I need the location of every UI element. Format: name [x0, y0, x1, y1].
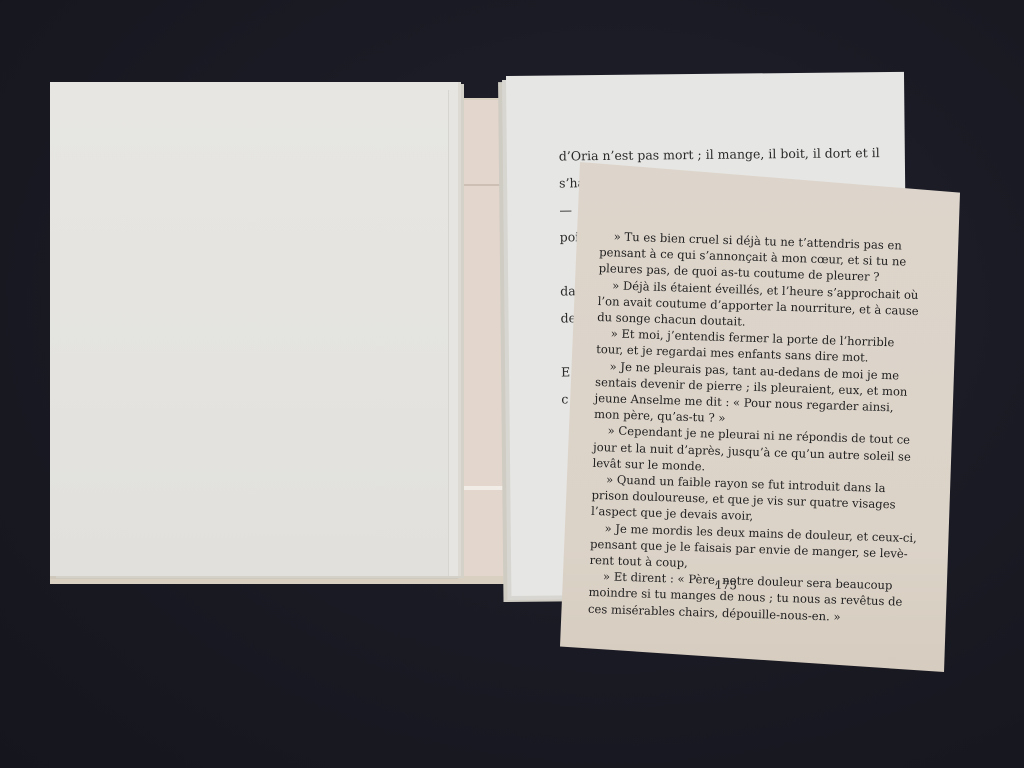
- paragraph: » Je me mordis les deux mains de douleur…: [589, 520, 865, 577]
- paragraph: » Je ne pleurais pas, tant au-dedans de …: [594, 358, 871, 431]
- paragraph: » Tu es bien cruel si déjà tu ne t’atten…: [598, 228, 874, 285]
- paragraph: » Quand un faible rayon se fut introduit…: [591, 471, 867, 528]
- paragraph: » Déjà ils étaient éveillés, et l’heure …: [597, 277, 873, 334]
- front-page-text: » Tu es bien cruel si déjà tu ne t’atten…: [588, 228, 875, 625]
- page-number: 175: [715, 578, 737, 593]
- paragraph: » Cependant je ne pleurai ni ne répondis…: [592, 422, 868, 479]
- blank-top-sheet[interactable]: [50, 90, 449, 576]
- flap-torn-edge: [459, 486, 513, 490]
- portfolio-inner-flap: [452, 100, 515, 576]
- flap-fold-line: [453, 184, 515, 186]
- paragraph: » Et dirent : « Père, notre douleur sera…: [588, 568, 864, 625]
